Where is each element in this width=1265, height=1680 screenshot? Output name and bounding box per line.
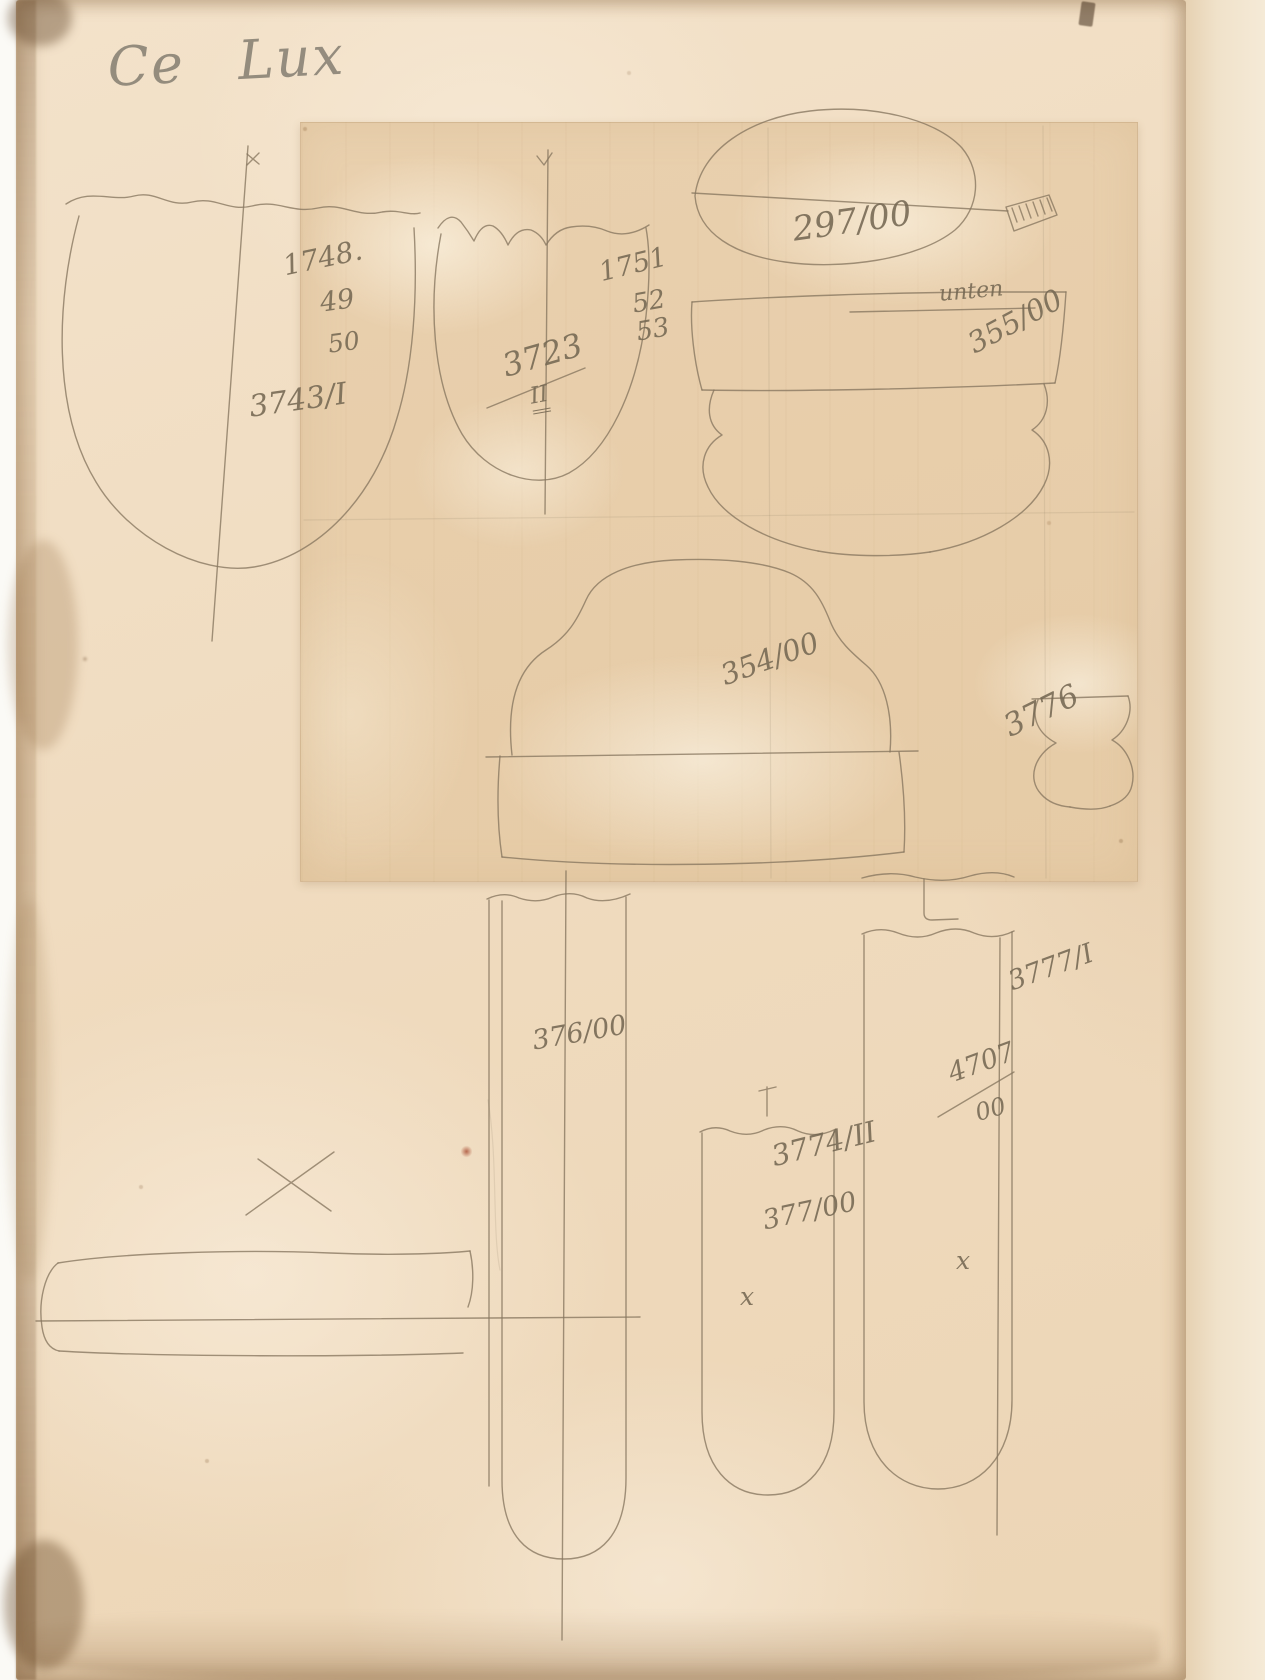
paper-crease [488, 1100, 500, 1270]
scanned-sheet: Ce Lux 1748. 49 50 3743/I 1751 52 53 372… [0, 0, 1265, 1680]
middle-axis-check-mark [537, 153, 552, 165]
small-vase-right-profile [1110, 696, 1133, 806]
small-vase-bottom [1070, 806, 1110, 809]
flat-piece-left-end [41, 1263, 59, 1351]
wide-bowl-profile-bottom [818, 551, 930, 556]
sheet-crease-vertical-1 [768, 128, 771, 878]
dome-body-bottom [502, 852, 904, 864]
left-strip-axis [562, 871, 566, 1640]
left-strip-top-wave [487, 894, 630, 901]
dome-body-left [498, 756, 502, 857]
left-vessel-axis [212, 146, 248, 641]
dome-baseline [486, 751, 918, 757]
left-axis-x-mark [247, 153, 259, 165]
x-mark-middle: x [740, 1282, 754, 1311]
right-strip-inner-line [997, 938, 1000, 1535]
long-guideline [36, 1317, 640, 1321]
right-strip-top-wave [862, 929, 1014, 937]
right-strip-corner-remnant [924, 879, 958, 920]
wide-bowl-profile-left [703, 390, 818, 551]
wide-bowl-band-bottom [702, 383, 1055, 391]
dome-body-right [899, 752, 905, 852]
diagonal-strokes [246, 1152, 334, 1215]
x-mark-right: x [956, 1246, 970, 1275]
title-inscription: Ce Lux [106, 24, 347, 99]
wide-bowl-band-left [691, 302, 702, 390]
middle-strip-tick [759, 1087, 776, 1116]
sheet-crease-vertical-2 [1043, 126, 1046, 878]
flat-piece-bottom [59, 1351, 463, 1356]
middle-strip-body [702, 1131, 834, 1495]
middle-vessel-rim-wave [438, 217, 649, 245]
wide-bowl-band-top [692, 292, 1066, 302]
sheet-crease-horizontal [304, 512, 1134, 520]
serial-number-50: 50 [326, 326, 362, 359]
wide-bowl-profile-right [930, 384, 1050, 552]
middle-vessel-axis [545, 150, 548, 514]
serial-number-53: 53 [634, 312, 672, 347]
dome-outline [510, 559, 890, 755]
flat-piece-top [58, 1251, 470, 1263]
right-strip-body [864, 932, 1012, 1489]
flat-piece-right-end [468, 1251, 473, 1307]
serial-number-49: 49 [318, 283, 356, 318]
right-strip-upper-wave [862, 873, 1014, 881]
